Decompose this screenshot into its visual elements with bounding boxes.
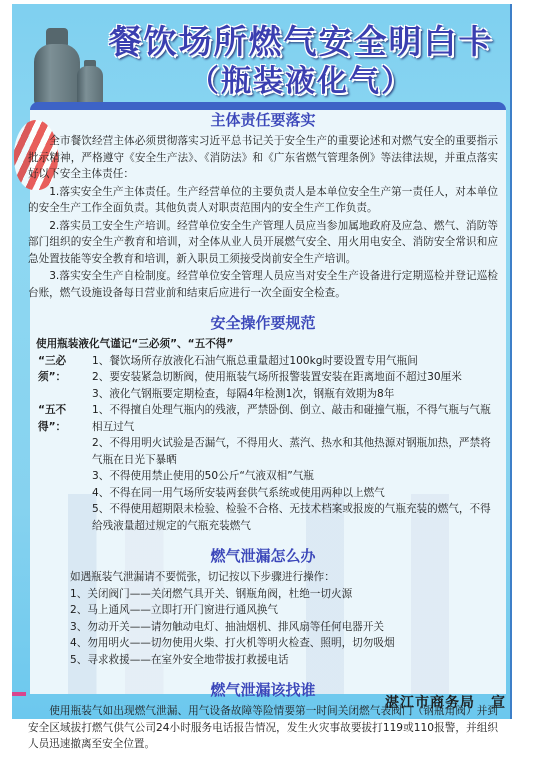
issuer-signature: 湛江市商务局宣	[385, 692, 506, 712]
leak-step: 5、寻求救援——在室外安全地带拔打救援电话	[70, 652, 498, 669]
rule-item: 3、液化气钢瓶要定期检查，每隔4年检测1次，钢瓶有效期为8年	[92, 386, 498, 403]
rule-item: 1、不得擅自处理气瓶内的残液，严禁卧倒、倒立、敲击和碰撞气瓶，不得气瓶与气瓶相互…	[92, 402, 498, 435]
rule-item: 4、不得在同一用气场所安装两套供气系统或使用两种以上燃气	[92, 485, 498, 502]
paragraph: 全市餐饮经营主体必须贯彻落实习近平总书记关于安全生产的重要论述和对燃气安全的重要…	[28, 133, 498, 183]
issuer-suffix: 宣	[491, 695, 506, 711]
issuer-name: 湛江市商务局	[385, 695, 475, 711]
rule-item: 1、餐饮场所存放液化石油气瓶总重量超过100kg时要设置专用气瓶间	[92, 353, 498, 370]
rule-item: 2、不得用明火试验是否漏气，不得用火、蒸汽、热水和其他热源对钢瓶加热，严禁将气瓶…	[92, 435, 498, 468]
section-heading-leak-response: 燃气泄漏怎么办	[28, 546, 498, 566]
rule-item: 5、不得使用超期限未检验、检验不合格、无技术档案或报废的气瓶充装的燃气，不得给残…	[92, 501, 498, 534]
rules-subheading: 使用瓶装液化气谨记“三必须”、“五不得”	[36, 336, 498, 353]
leak-step: 3、勿动开关——请勿触动电灯、抽油烟机、排风扇等任何电器开关	[70, 619, 498, 636]
leak-step: 1、关闭阀门——关闭燃气具开关、钢瓶角阀，杜绝一切火源	[70, 586, 498, 603]
decorative-stripe	[12, 692, 26, 696]
leak-step: 2、马上通风——立即打开门窗进行通风换气	[70, 602, 498, 619]
paragraph: 3.落实安全生产自检制度。经营单位安全管理人员应当对安全生产设备进行定期巡检并登…	[28, 268, 498, 301]
section-heading-responsibility: 主体责任要落实	[28, 110, 498, 130]
leak-step: 4、勿用明火——切勿使用火柴、打火机等明火检查、照明，切勿吸烟	[70, 635, 498, 652]
leak-intro: 如遇瓶装气泄漏请不要慌张，切记按以下步骤进行操作：	[70, 569, 498, 586]
poster-content: 主体责任要落实 全市餐饮经营主体必须贯彻落实习近平总书记关于安全生产的重要论述和…	[28, 108, 498, 753]
paragraph: 2.落实员工安全生产培训。经营单位安全生产管理人员应当参加属地政府及应急、燃气、…	[28, 218, 498, 268]
rule-label: “五不得”：	[28, 402, 92, 534]
rule-label: “三必须”：	[28, 353, 92, 403]
rule-group-five-donts: “五不得”： 1、不得擅自处理气瓶内的残液，严禁卧倒、倒立、敲击和碰撞气瓶，不得…	[28, 402, 498, 534]
rule-item: 3、不得使用禁止使用的50公斤“气液双相”气瓶	[92, 468, 498, 485]
poster-subtitle: （瓶装液化气）	[52, 56, 512, 100]
rule-group-three-musts: “三必须”： 1、餐饮场所存放液化石油气瓶总重量超过100kg时要设置专用气瓶间…	[28, 353, 498, 403]
paragraph: 1.落实安全生产主体责任。生产经营单位的主要负责人是本单位安全生产第一责任人，对…	[28, 184, 498, 217]
section-heading-operation: 安全操作要规范	[28, 313, 498, 333]
rule-item: 2、要安装紧急切断阀，使用瓶装气场所报警装置安装在距离地面不超过30厘米	[92, 369, 498, 386]
